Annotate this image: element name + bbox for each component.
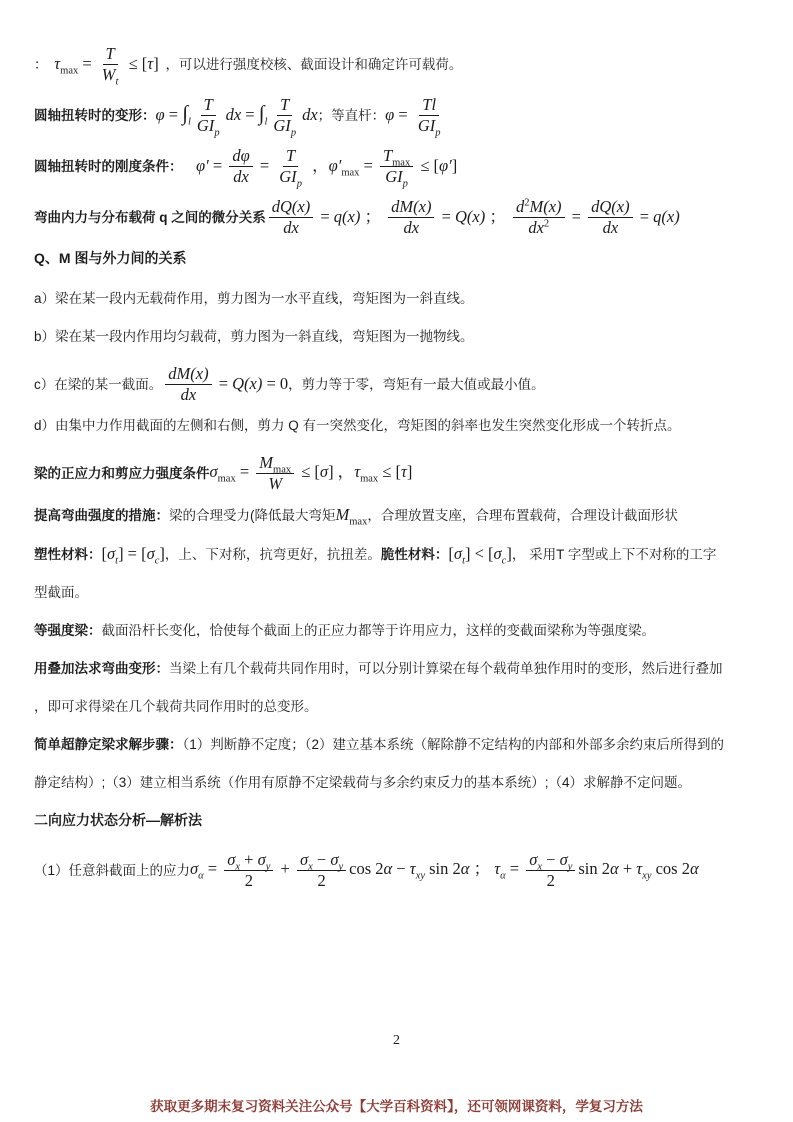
footer-note: 获取更多期末复习资料关注公众号【大学百科资料】，还可领网课资料，学复习方法: [0, 1095, 793, 1115]
body-text: 静定结构）;（3）建立相当系统（作用有原静不定梁载荷与多余约束反力的基本系统）;…: [34, 775, 691, 790]
bold-label: 用叠加法求弯曲变形：: [34, 661, 169, 676]
fraction: TWt: [99, 45, 122, 85]
body-text: 梁的合理受力(降低最大弯矩: [169, 508, 336, 523]
fraction: TGIp: [194, 96, 223, 136]
formula: dQ(x)dx = q(x) ； dM(x)dx = Q(x) ； d2M(x)…: [266, 207, 680, 226]
material-types-line: 塑性材料：[σt] = [σc]，上、下对称，抗弯更好，抗扭差。脆性材料：[σt…: [34, 543, 761, 565]
bold-label: 等强度梁：: [34, 623, 102, 638]
fraction: σx − σy2: [297, 851, 346, 891]
body-text: b）梁在某一段内作用均匀载荷，剪力图为一斜直线，弯矩图为一抛物线。: [34, 329, 474, 344]
differential-relations-line: 弯曲内力与分布载荷 q 之间的微分关系dQ(x)dx = q(x) ； dM(x…: [34, 197, 761, 239]
formula: [σt] < [σc]: [448, 544, 511, 563]
bold-label: 脆性材料：: [381, 547, 449, 562]
section-type-continuation-line: 型截面。: [34, 582, 761, 603]
body-text: （1）判断静不定度；（2）建立基本系统（解除静不定结构的内部和外部多余约束后所得…: [183, 737, 725, 752]
body-text: d）由集中力作用截面的左侧和右侧，剪力 Q 有一突然变化，弯矩图的斜率也发生突然…: [34, 418, 681, 433]
fraction: TGIp: [270, 96, 299, 136]
qm-diagram-heading: Q、M 图与外力间的关系: [34, 248, 761, 269]
fraction: MmaxW: [256, 454, 294, 494]
inclined-section-stress-line: （1）任意斜截面上的应力σα = σx + σy2 + σx − σy2cos …: [34, 850, 761, 892]
bold-label: 简单超静定梁求解步骤：: [34, 737, 183, 752]
body-text: ，合理放置支座，合理布置载荷，合理设计截面形状: [367, 508, 678, 523]
formula: Mmax: [336, 505, 368, 524]
fraction: σx + σy2: [224, 851, 273, 891]
body-text: ：: [34, 57, 54, 72]
body-text: 当梁上有几个载荷共同作用时，可以分别计算梁在每个载荷单独作用时的变形，然后进行叠…: [169, 661, 723, 676]
point-b-line: b）梁在某一段内作用均匀载荷，剪力图为一斜直线，弯矩图为一抛物线。: [34, 326, 761, 347]
fraction: TmaxGIp: [380, 147, 413, 187]
body-text: ，上、下对称，抗弯更好，抗扭差。: [165, 547, 381, 562]
body-text: Q、M 图与外力间的关系: [34, 250, 186, 266]
fraction: dQ(x)dx: [588, 198, 632, 238]
document-page: ： τmax = TWt ≤ [τ] ，可以进行强度校核、截面设计和确定许可载荷…: [0, 0, 793, 1122]
bold-label: 圆轴扭转时的变形：: [34, 108, 156, 123]
formula: dM(x)dx = Q(x) = 0: [162, 374, 288, 393]
body-text: 二向应力状态分析—解析法: [34, 812, 202, 828]
fraction: dQ(x)dx: [269, 198, 313, 238]
formula: φ = TlGIp: [385, 105, 446, 124]
equal-strength-beam-line: 等强度梁：截面沿杆长变化，恰使每个截面上的正应力都等于许用应力，这样的变截面梁称…: [34, 620, 761, 641]
formula: τmax = TWt ≤ [τ]: [54, 54, 158, 73]
biaxial-stress-heading: 二向应力状态分析—解析法: [34, 810, 761, 831]
fraction: dM(x)dx: [388, 198, 434, 238]
formula: φ = ∫lTGIpdx = ∫lTGIpdx: [156, 105, 318, 124]
bold-label: 塑性材料：: [34, 547, 102, 562]
bending-strength-condition-line: 梁的正应力和剪应力强度条件σmax = MmaxW ≤ [σ] ，τmax ≤ …: [34, 453, 761, 495]
page-number: 2: [0, 1033, 793, 1049]
torsion-stiffness-condition-line: 圆轴扭转时的刚度条件： φ′ = dφdx = TGIp ，φ′max = Tm…: [34, 146, 761, 188]
body-text: a）梁在某一段内无载荷作用，剪力图为一水平直线，弯矩图为一斜直线。: [34, 291, 474, 306]
point-a-line: a）梁在某一段内无载荷作用，剪力图为一水平直线，弯矩图为一斜直线。: [34, 288, 761, 309]
torsion-strength-condition-line: ： τmax = TWt ≤ [τ] ，可以进行强度校核、截面设计和确定许可载荷…: [34, 44, 761, 86]
fraction: σx − σy2: [526, 851, 575, 891]
fraction: TlGIp: [415, 96, 444, 136]
bold-label: 梁的正应力和剪应力强度条件: [34, 465, 210, 480]
body-text: [183, 159, 197, 174]
fraction: dφdx: [229, 147, 252, 187]
fraction: d2M(x)dx2: [513, 198, 565, 238]
body-text: （1）任意斜截面上的应力: [34, 862, 190, 877]
point-c-line: c）在梁的某一截面。dM(x)dx = Q(x) = 0，剪力等于零，弯矩有一最…: [34, 364, 761, 406]
body-text: ，可以进行强度校核、截面设计和确定许可载荷。: [159, 57, 463, 72]
formula: σα = σx + σy2 + σx − σy2cos 2α − τxy sin…: [190, 859, 699, 878]
body-text: ；等直杆：: [318, 108, 386, 123]
body-text: ，即可求得梁在几个载荷共同作用时的总变形。: [34, 699, 318, 714]
formula: [σt] = [σc]: [102, 544, 165, 563]
body-text: ，剪力等于零，弯矩有一最大值或最小值。: [288, 377, 545, 392]
body-text: 型截面。: [34, 585, 88, 600]
superposition-method-line: 用叠加法求弯曲变形：当梁上有几个载荷共同作用时，可以分别计算梁在每个载荷单独作用…: [34, 658, 761, 679]
body-text: ， 采用T 字型或上下不对称的工字: [512, 547, 717, 562]
document-body: ： τmax = TWt ≤ [τ] ，可以进行强度校核、截面设计和确定许可载荷…: [34, 44, 761, 901]
improve-bending-strength-line: 提高弯曲强度的措施：梁的合理受力(降低最大弯矩Mmax，合理放置支座，合理布置载…: [34, 504, 761, 526]
body-text: 截面沿杆长变化，恰使每个截面上的正应力都等于许用应力，这样的变截面梁称为等强度梁…: [102, 623, 656, 638]
point-d-line: d）由集中力作用截面的左侧和右侧，剪力 Q 有一突然变化，弯矩图的斜率也发生突然…: [34, 415, 761, 436]
bold-label: 弯曲内力与分布载荷 q 之间的微分关系: [34, 210, 266, 225]
formula: φ′ = dφdx = TGIp ，φ′max = TmaxGIp ≤ [φ′]: [196, 156, 457, 175]
formula: σmax = MmaxW ≤ [σ] ，τmax ≤ [τ]: [210, 462, 413, 481]
body-text: c）在梁的某一截面。: [34, 377, 162, 392]
bold-label: 圆轴扭转时的刚度条件：: [34, 159, 183, 174]
superposition-continuation-line: ，即可求得梁在几个载荷共同作用时的总变形。: [34, 696, 761, 717]
fraction: TGIp: [276, 147, 305, 187]
indeterminate-beam-steps-continuation-line: 静定结构）;（3）建立相当系统（作用有原静不定梁载荷与多余约束反力的基本系统）;…: [34, 772, 761, 793]
indeterminate-beam-steps-line: 简单超静定梁求解步骤：（1）判断静不定度；（2）建立基本系统（解除静不定结构的内…: [34, 734, 761, 755]
bold-label: 提高弯曲强度的措施：: [34, 508, 169, 523]
fraction: dM(x)dx: [165, 365, 211, 405]
torsion-deformation-line: 圆轴扭转时的变形：φ = ∫lTGIpdx = ∫lTGIpdx；等直杆：φ =…: [34, 95, 761, 137]
